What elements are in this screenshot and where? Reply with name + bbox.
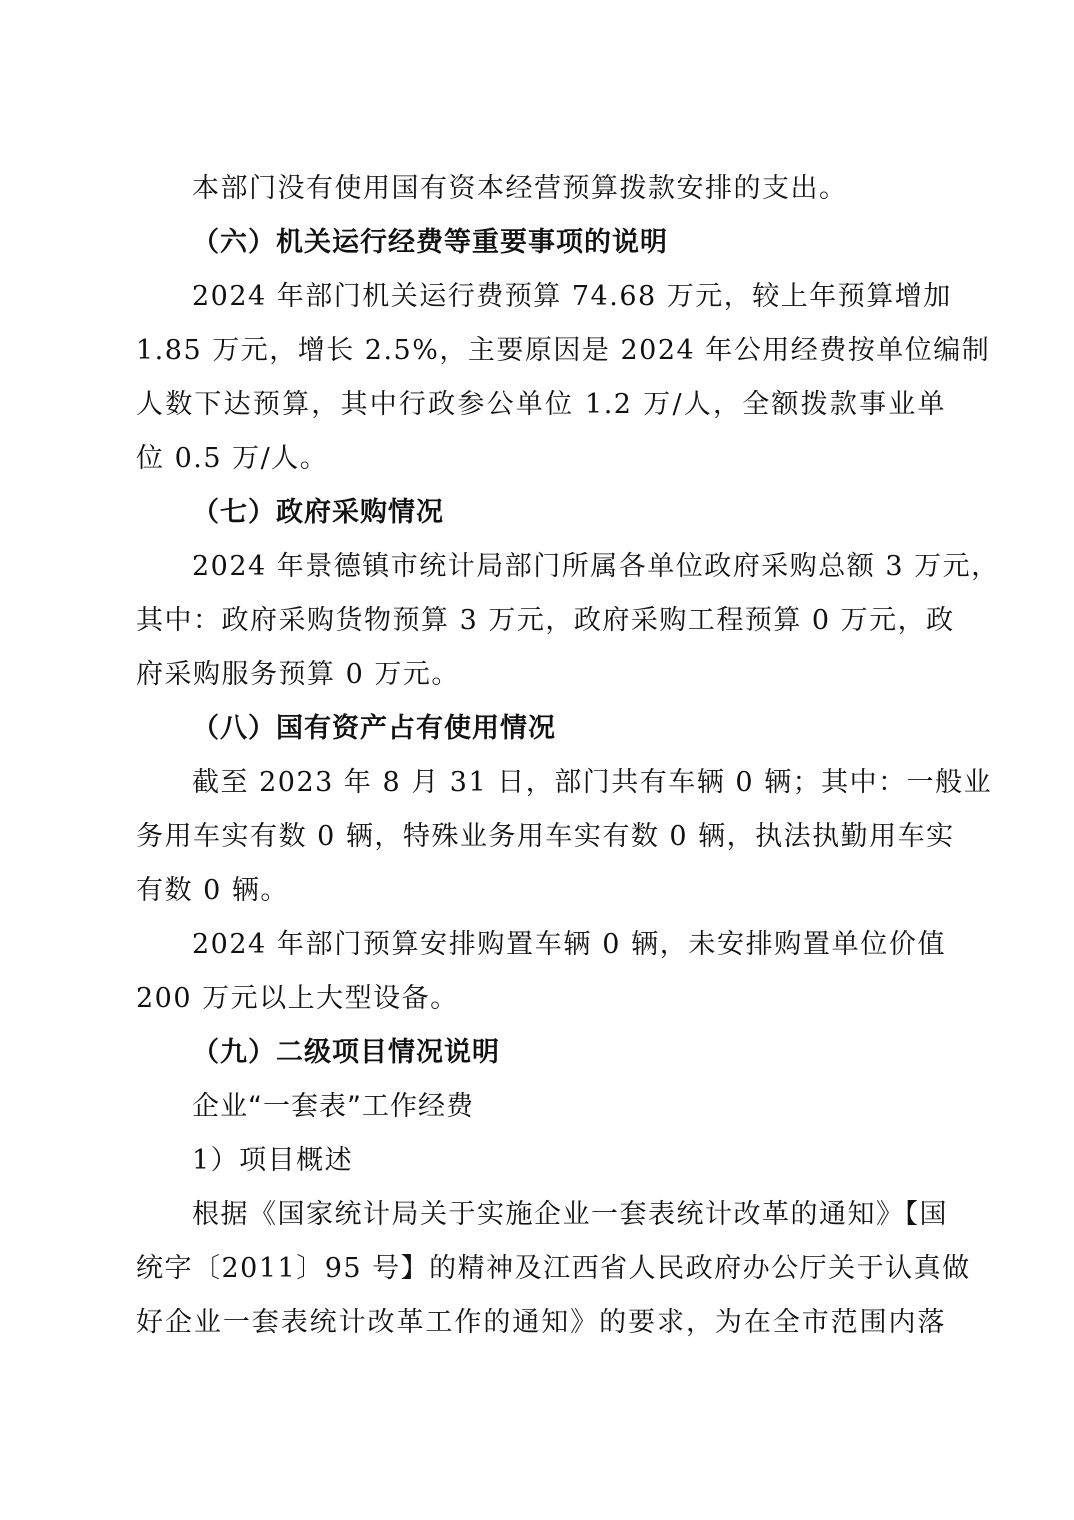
paragraph-line: 统字〔2011〕95 号】的精神及江西省人民政府办公厅关于认真做: [136, 1252, 946, 1286]
paragraph-line: 200 万元以上大型设备。: [136, 982, 946, 1016]
paragraph-line: 根据《国家统计局关于实施企业一套表统计改革的通知》【国: [192, 1198, 946, 1232]
paragraph-line: 2024 年部门预算安排购置车辆 0 辆，未安排购置单位价值: [192, 928, 946, 962]
paragraph-line: 好企业一套表统计改革工作的通知》的要求，为在全市范围内落: [136, 1306, 946, 1340]
paragraph-line: 其中：政府采购货物预算 3 万元，政府采购工程预算 0 万元，政: [136, 604, 946, 638]
paragraph-line: 截至 2023 年 8 月 31 日，部门共有车辆 0 辆；其中：一般业: [192, 766, 946, 800]
heading-section-seven: （七）政府采购情况: [192, 496, 946, 530]
paragraph-line: 1.85 万元，增长 2.5%，主要原因是 2024 年公用经费按单位编制: [136, 334, 946, 368]
heading-section-nine: （九）二级项目情况说明: [192, 1036, 946, 1070]
paragraph-line: 有数 0 辆。: [136, 874, 946, 908]
paragraph-line: 位 0.5 万/人。: [136, 442, 946, 476]
paragraph-line: 府采购服务预算 0 万元。: [136, 658, 946, 692]
paragraph-line: 2024 年部门机关运行费预算 74.68 万元，较上年预算增加: [192, 280, 946, 314]
heading-section-eight: （八）国有资产占有使用情况: [192, 712, 946, 746]
document-page: 本部门没有使用国有资本经营预算拨款安排的支出。 （六）机关运行经费等重要事项的说…: [0, 0, 1074, 1520]
heading-section-six: （六）机关运行经费等重要事项的说明: [192, 226, 946, 260]
paragraph-capital-budget: 本部门没有使用国有资本经营预算拨款安排的支出。: [192, 172, 946, 206]
paragraph-line: 务用车实有数 0 辆，特殊业务用车实有数 0 辆，执法执勤用车实: [136, 820, 946, 854]
paragraph-line: 1）项目概述: [192, 1144, 946, 1178]
paragraph-line: 2024 年景德镇市统计局部门所属各单位政府采购总额 3 万元，: [192, 550, 946, 584]
subheading-project-title: 企业“一套表”工作经费: [192, 1090, 946, 1124]
paragraph-line: 人数下达预算，其中行政参公单位 1.2 万/人，全额拨款事业单: [136, 388, 946, 422]
